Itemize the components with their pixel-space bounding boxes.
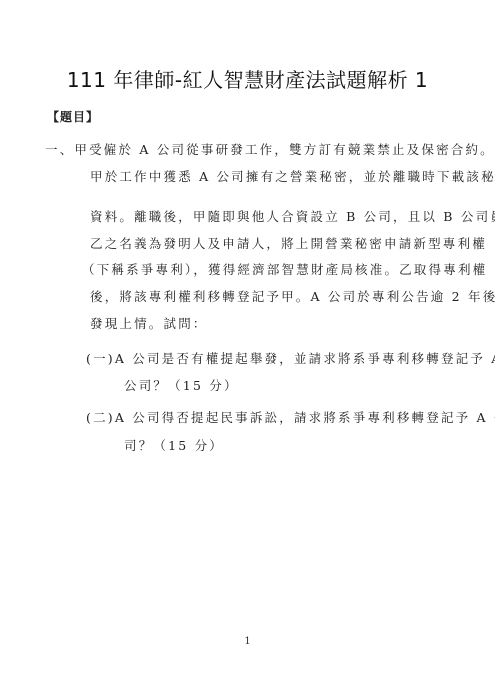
document-title: 111 年律師-紅人智慧財產法試題解析 1 (0, 64, 495, 93)
section-heading: 【題目】 (47, 108, 99, 125)
question-line-5: （下稱系爭專利），獲得經濟部智慧財產局核准。乙取得專利權 (82, 260, 487, 278)
sub-question-1: (一)A 公司是否有權提起舉發，並請求將系爭專利移轉登記予 A (86, 349, 495, 367)
page-number: 1 (0, 636, 495, 647)
sub-question-1-cont: 公司？（15 分） (124, 376, 239, 394)
question-line-7: 發現上情。試問： (90, 314, 208, 332)
question-line-6: 後，將該專利權利移轉登記予甲。A 公司於專利公告逾 2 年後始 (90, 287, 495, 305)
sub-question-2: (二)A 公司得否提起民事訴訟，請求將系爭專利移轉登記予 A 公 (86, 408, 495, 426)
question-line-2: 甲於工作中獲悉 A 公司擁有之營業秘密，並於離職時下載該秘密 (90, 167, 495, 185)
question-line-4: 乙之名義為發明人及申請人，將上開營業秘密申請新型專利權 (90, 234, 487, 252)
question-line-3: 資料。離職後，甲隨即與他人合資設立 B 公司，且以 B 公司員工 (90, 207, 495, 225)
question-line-1: 一、甲受僱於 A 公司從事研發工作，雙方訂有競業禁止及保密合約。 (45, 140, 495, 158)
sub-question-2-cont: 司？（15 分） (124, 436, 224, 454)
